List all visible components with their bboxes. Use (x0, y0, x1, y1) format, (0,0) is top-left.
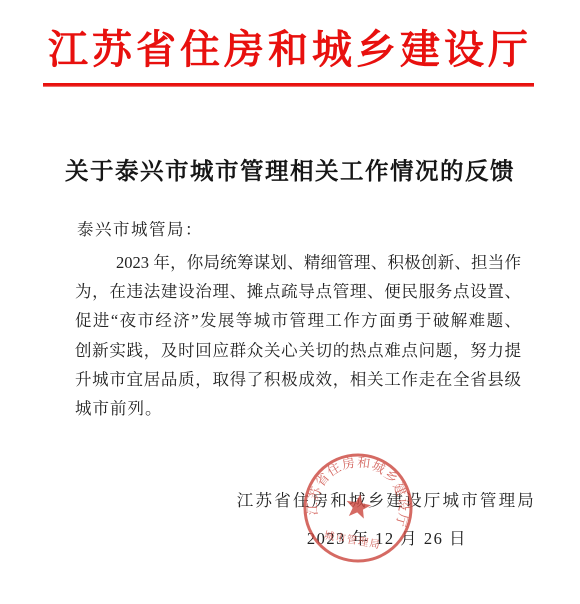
body-line: 升城市宜居品质，取得了积极成效，相关工作走在全省县级 (75, 365, 521, 394)
body-paragraph: 2023 年，你局统筹谋划、精细管理、积极创新、担当作 为，在违法建设治理、摊点… (75, 248, 521, 423)
body-line: 城市前列。 (75, 394, 521, 423)
body-line: 2023 年，你局统筹谋划、精细管理、积极创新、担当作 (75, 248, 521, 277)
body-line: 创新实践，及时回应群众关心关切的热点难点问题，努力提 (75, 336, 521, 365)
salutation: 泰兴市城管局： (77, 220, 203, 240)
letterhead-agency: 江苏省住房和城乡建设厅 (0, 26, 580, 74)
document-title: 关于泰兴市城市管理相关工作情况的反馈 (0, 158, 580, 186)
document-page: 江苏省住房和城乡建设厅 关于泰兴市城市管理相关工作情况的反馈 泰兴市城管局： 2… (0, 0, 580, 604)
body-line: 促进“夜市经济”发展等城市管理工作方面勇于破解难题、 (75, 306, 521, 335)
letterhead-divider (43, 83, 534, 87)
signature-agency: 江苏省住房和城乡建设厅城市管理局 (237, 490, 536, 511)
signature-date: 2023 年 12 月 26 日 (307, 528, 467, 549)
body-line: 为，在违法建设治理、摊点疏导点管理、便民服务点设置、 (75, 277, 521, 306)
